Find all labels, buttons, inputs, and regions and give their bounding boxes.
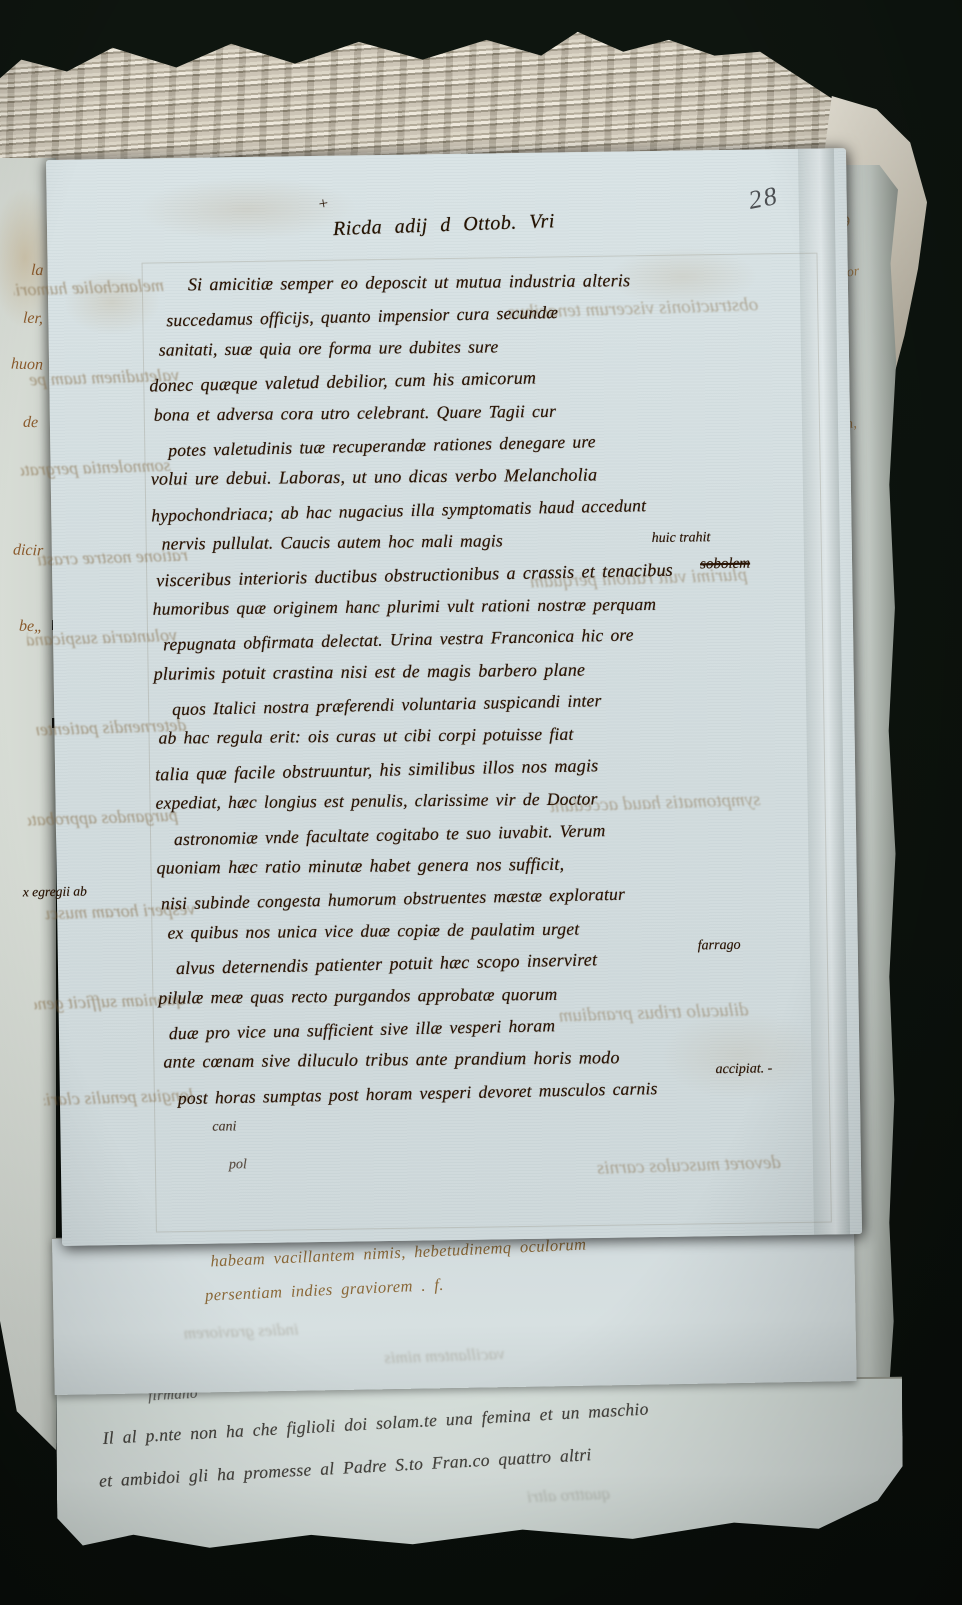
left-edge-text-fragment: ler, <box>23 310 44 329</box>
bottom-italian-sheet: firmano Il al p.nte non ha che figlioli … <box>56 1377 903 1556</box>
ink-bleedthrough: vacillantem nimis <box>384 1344 505 1368</box>
italian-note-line: Il al p.nte non ha che figlioli doi sola… <box>102 1398 649 1449</box>
manuscript-photo: 9 lorym,i,,2, la ler,huondedicirbe„ firm… <box>0 0 962 1605</box>
interline-insertion: huic trahit <box>652 530 711 547</box>
annotation-sheet: habeam vacillantem nimis, hebetudinemq o… <box>52 1224 857 1395</box>
manuscript-page: 28 + Ricda adij d Ottob. Vri melancholiæ… <box>46 148 862 1246</box>
stray-ink-mark: cani <box>212 1119 236 1135</box>
ink-bleedthrough: melancholiæ humoribus obstructio <box>14 275 165 301</box>
margin-insertion: x egregii ab <box>23 883 87 900</box>
italian-note-line: et ambidoi gli ha promesse al Padre S.to… <box>99 1444 593 1492</box>
left-edge-fragments: la ler,huondedicirbe„ <box>0 158 56 1450</box>
letter-body: Si amicitiæ semper eo deposcit ut mutua … <box>148 267 825 1119</box>
ink-bleedthrough: indies graviorem <box>183 1320 299 1344</box>
ink-bleedthrough: quattro altri <box>527 1484 611 1508</box>
interline-insertion: accipiat. - <box>715 1061 772 1078</box>
underlying-left-page-edge: la ler,huondedicirbe„ <box>0 158 56 1450</box>
struck-through-word: sobolem <box>700 556 750 574</box>
ink-bleedthrough: devoret musculos carnis <box>191 1152 781 1193</box>
left-edge-text-fragment: la <box>30 262 43 280</box>
interline-insertion: farrago <box>698 938 741 955</box>
annotation-line: persentiam indies graviorem . f. <box>205 1275 445 1306</box>
stray-ink-mark: pol <box>229 1157 247 1173</box>
left-edge-text-fragment: de <box>23 414 39 433</box>
ink-bleedthrough: somnolentia pergrata subinde <box>20 455 171 481</box>
